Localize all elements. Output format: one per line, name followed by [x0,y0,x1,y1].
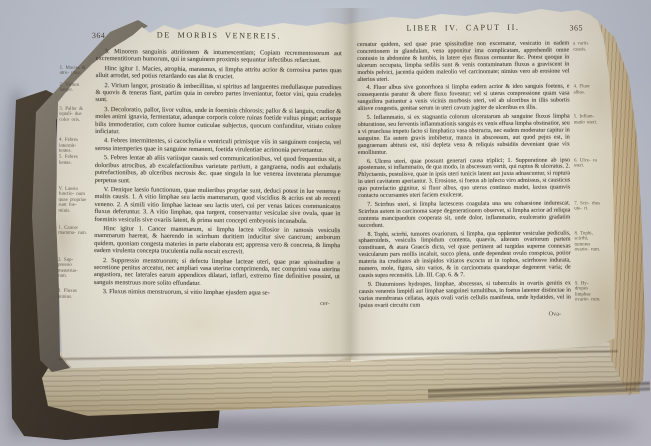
book-photo: 364 DE MORBIS VENEREIS. 3. Minorem sangu… [0,0,651,446]
paragraph-text: 2. Virium langor, prostratio & imbecilli… [95,82,341,106]
right-running-title: LIBER IV. CAPUT II. [357,23,569,33]
paragraph-text: 7. Scirrhus uteri, si limpha lactescens … [358,200,570,229]
paragraph-text: Hinc igitur 1. Macies, atrophia, marasmu… [96,65,342,82]
margin-note: 5. Inflam- matio uteri. [574,114,602,125]
paragraph: 9. Hy- dropes limphae ovario- rum.9. Diu… [359,280,571,309]
paragraph: 3. Minorem sanguinis attritionem & intum… [96,48,342,65]
margin-note: 9. Hy- dropes limphae ovario- rum. [575,281,603,303]
paragraph-text: 6. Ulcera uteri, quae possunt generari c… [358,157,570,200]
right-page-paragraphs: a variis causis.cernatur quidem, sed qua… [357,41,571,310]
paragraph-text: Hinc igitur 1. Cancer mammarum, si limph… [94,225,340,257]
paragraph: 3. Pallor & squali- dus color oris.3. De… [95,106,341,138]
right-page-number: 365 [570,23,584,32]
margin-note: 1. Macies & atro- phia. [60,65,90,76]
paragraph-text: 5. Inflammatio, si ex stagnantia colorum… [358,114,570,157]
paragraph-text: 4. Febres intermittentes, si cacochylia … [95,137,341,154]
left-running-title: DE MORBIS VENEREIS. [96,30,342,41]
paragraph: 5. Inflam- matio uteri.5. Inflammatio, s… [358,114,570,157]
margin-note: 1. Cancer mamma- rum. [58,226,88,237]
margin-note: 6. Ulce- ra uteri. [574,158,602,169]
paragraph: 6. Ulce- ra uteri.6. Ulcera uteri, quae … [358,157,570,200]
right-page-header: LIBER IV. CAPUT II. 365 [357,23,569,38]
paragraph-text: 3. Decoloratio, pallor, livor vultus, un… [95,106,341,138]
paragraph: 4. Febres intermit- tentes.4. Febres int… [95,137,341,154]
paragraph-text: V. Denique laesio functionum, quae mulie… [94,186,340,225]
paragraph: a variis causis.cernatur quidem, sed qua… [357,41,569,84]
margin-note: 4. Fluor albus. [573,85,601,96]
margin-note: 3. Pallor & squali- dus color oris. [59,107,89,124]
paragraph: 2. Virium langor.2. Virium langor, prost… [95,82,341,106]
margin-note: 2. Virium langor. [59,82,89,93]
paragraph-text: 9. Diuturniores hydropes, limphae, absce… [359,280,571,309]
paragraph-text: 4. Fluor albus sive gonorrhoea si limpha… [357,84,569,113]
margin-note: 7. Scir- rhus ute- ri. [574,201,602,212]
paragraph: V. Laesio functio- num quae propriae sun… [94,186,340,225]
margin-note: 8. Tophi, scirrhi, tumores ovario- rum. [574,231,602,253]
margin-note: 4. Febres intermit- tentes. [59,138,89,155]
paragraph-text: cernatur quidem, sed quae prae spissitud… [357,41,569,84]
paragraph: 1. Macies & atro- phia.Hinc igitur 1. Ma… [96,65,342,82]
paragraph: 7. Scir- rhus ute- ri.7. Scirrhus uteri,… [358,200,570,229]
paragraph: 4. Fluor albus.4. Fluor albus sive gonor… [357,84,569,113]
right-page-content: LIBER IV. CAPUT II. 365 a variis causis.… [357,23,571,319]
left-page-number: 364 [92,31,106,40]
margin-note: a variis causis. [573,41,601,52]
paragraph: 8. Tophi, scirrhi, tumores ovario- rum.8… [358,230,570,280]
margin-note: V. Laesio functio- num quae propriae sun… [58,187,88,215]
paragraph: 5. Febres lentae.5. Febres lentae ab ali… [95,154,341,186]
paragraph-text: 2. Suppressio menstruorum; si defectu li… [94,257,340,289]
paragraph: 2. Sup- pressio menstruo- rum.2. Suppres… [94,257,340,289]
paragraph: 1. Cancer mamma- rum.Hinc igitur 1. Canc… [94,225,340,257]
paragraph-text: 3. Minorem sanguinis attritionem & intum… [96,48,342,65]
margin-note: 2. Sup- pressio menstruo- rum. [58,257,88,279]
left-page-header: 364 DE MORBIS VENEREIS. [96,30,342,46]
margin-note: 3. Fluxus nimius. [58,289,88,300]
paragraph-text: 3. Fluxus nimius menstruorum, si vitio l… [94,288,340,298]
left-page-paragraphs: 3. Minorem sanguinis attritionem & intum… [94,48,342,298]
paragraph: 3. Fluxus nimius.3. Fluxus nimius menstr… [94,288,340,298]
right-catchword: Ova- [359,310,571,318]
paragraph-text: 8. Tophi, scirrhi, tumores ovariorum, si… [358,230,570,280]
margin-note: 5. Febres lentae. [59,155,89,166]
left-page-content: 364 DE MORBIS VENEREIS. 3. Minorem sangu… [94,30,342,307]
paragraph-text: 5. Febres lentae ab aliis variisque caus… [95,154,341,186]
